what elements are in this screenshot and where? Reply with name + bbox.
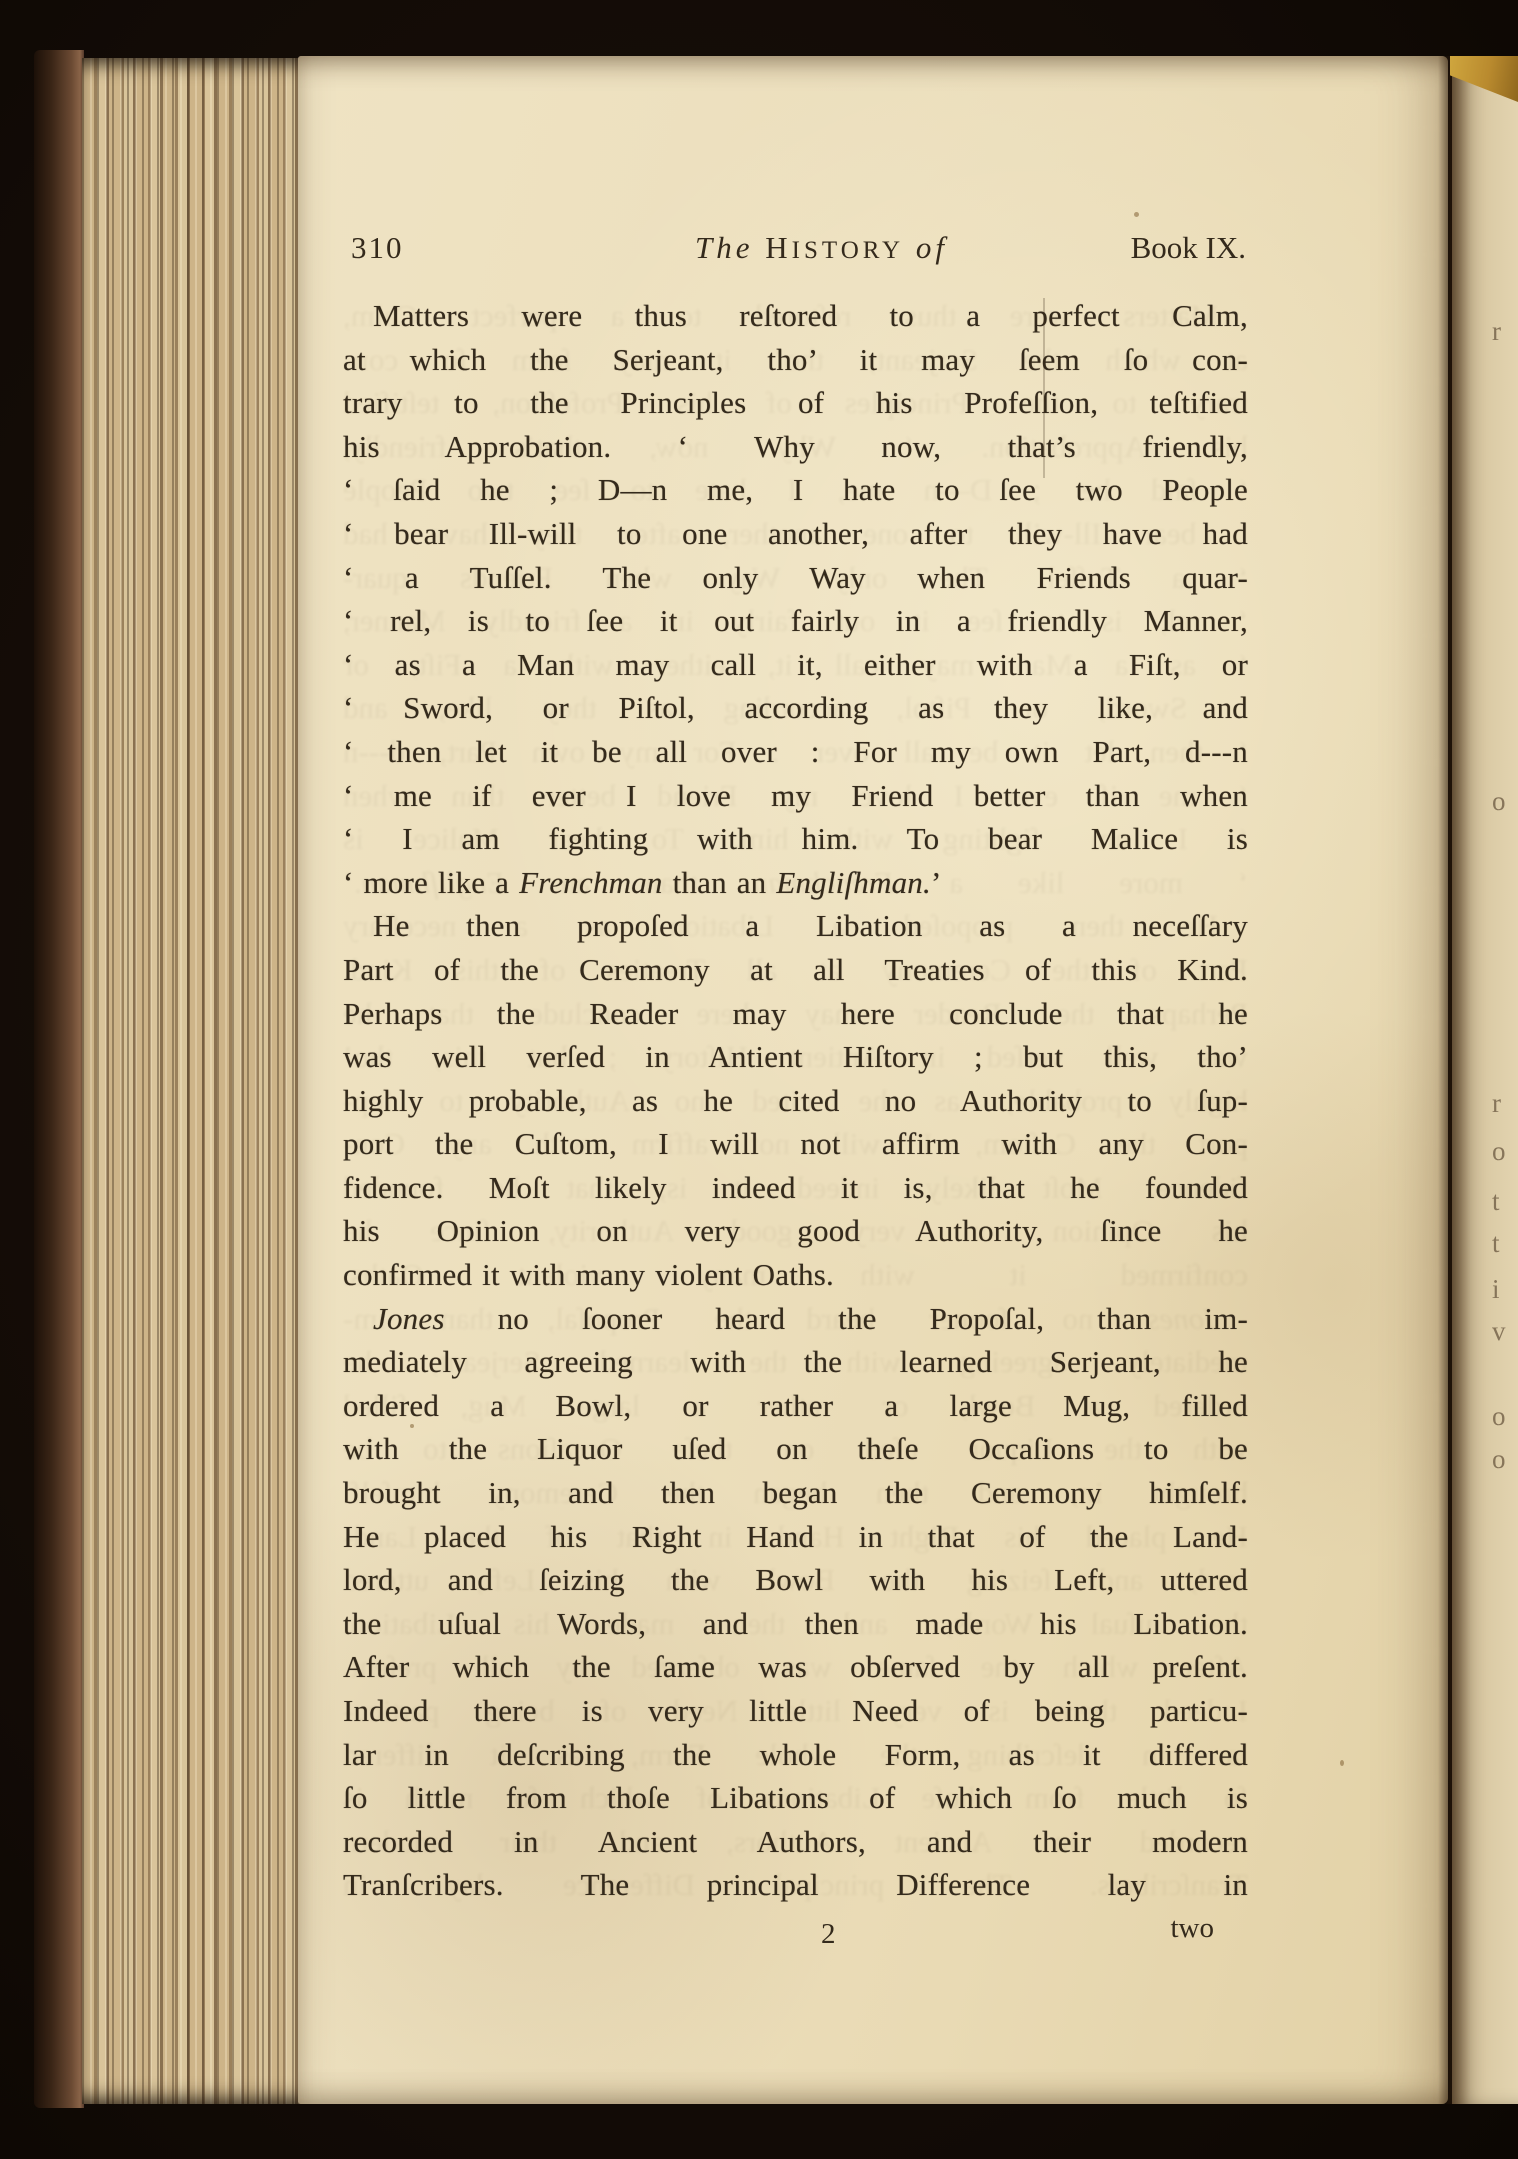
text-line: Part of the Ceremony at all Treaties of … [343,948,1248,992]
edge-text-fragment: o [1492,1403,1506,1430]
text-line: Jones no ſooner heard the Propoſal, than… [343,1297,1248,1341]
header-book-label: Book IX. [1131,230,1246,266]
signature-mark: 2 [821,1918,836,1951]
text-line: Matters were thus reſtored to a perfect … [343,294,1248,338]
scan-artifact-line [1043,298,1045,478]
edge-text-fragment: o [1492,788,1506,815]
text-line: ‘ ſaid he ; D—n me, I hate to ſee two Pe… [343,468,1248,512]
text-line: ‘ rel, is to ſee it out fairly in a frie… [343,599,1248,643]
text-line: ſo little from thoſe Libations of which … [343,1776,1248,1820]
edge-text-fragment: t [1492,1230,1500,1257]
text-line: his Opinion on very good Authority, ſinc… [343,1209,1248,1253]
text-line: Tranſcribers. The principal Difference l… [343,1863,1248,1907]
text-line: his Approbation. ‘ Why now, that’s frien… [343,425,1248,469]
text-line: ‘ Sword, or Piſtol, according as they li… [343,686,1248,730]
text-line: was well verſed in Antient Hiſtory ; but… [343,1035,1248,1079]
paper-speck [410,1424,414,1428]
text-line: mediately agreeing with the learned Serj… [343,1340,1248,1384]
text-line: brought in, and then began the Ceremony … [343,1471,1248,1515]
text-line: He then propoſed a Libation as a neceſſa… [343,904,1248,948]
paper-speck [1134,212,1139,217]
text-line: with the Liquor uſed on theſe Occaſions … [343,1427,1248,1471]
book-photo: 310 The HISTORY of Book IX. Matters were… [0,0,1518,2159]
paper-speck [1340,1760,1344,1766]
text-line: trary to the Principles of his Profeſſio… [343,381,1248,425]
running-header: 310 The HISTORY of Book IX. [343,230,1248,276]
body-text: Matters were thus reſtored to a perfect … [343,294,1248,1907]
text-line: ‘ a Tuſſel. The only Way when Friends qu… [343,556,1248,600]
text-line: ordered a Bowl, or rather a large Mug, f… [343,1384,1248,1428]
text-line: highly probable, as he cited no Authorit… [343,1079,1248,1123]
page-footer: 2 two [343,1912,1248,1958]
text-line: at which the Serjeant, tho’ it may ſeem … [343,338,1248,382]
text-line: He placed his Right Hand in that of the … [343,1515,1248,1559]
text-line: lord, and ſeizing the Bowl with his Left… [343,1558,1248,1602]
text-line: Indeed there is very little Need of bein… [343,1689,1248,1733]
edge-text-fragment: v [1492,1318,1506,1345]
text-line: lar in deſcribing the whole Form, as it … [343,1733,1248,1777]
facing-page-edge: rorottivoo [1452,56,1518,2104]
edge-text-fragment: t [1492,1188,1500,1215]
text-line: ‘ bear Ill-will to one another, after th… [343,512,1248,556]
edge-text-fragment: r [1492,1090,1501,1117]
text-line: confirmed it with many violent Oaths. [343,1253,1248,1297]
edge-text-fragment: o [1492,1446,1506,1473]
text-line: port the Cuſtom, I will not affirm with … [343,1122,1248,1166]
header-title: The HISTORY of [695,230,948,266]
book-spine-edge [34,50,84,2108]
catchword: two [1171,1912,1215,1945]
edge-text-fragment: i [1492,1276,1500,1303]
text-line: After which the ſame was obſerved by all… [343,1645,1248,1689]
text-line: the uſual Words, and then made his Libat… [343,1602,1248,1646]
page-number: 310 [351,230,404,266]
edge-text-fragment: o [1492,1138,1506,1165]
text-line: ‘ then let it be all over : For my own P… [343,730,1248,774]
text-line: ‘ as a Man may call it, either with a Fi… [343,643,1248,687]
text-line: ‘ me if ever I love my Friend better tha… [343,774,1248,818]
text-line: fidence. Moſt likely indeed it is, that … [343,1166,1248,1210]
text-line: Perhaps the Reader may here conclude tha… [343,992,1248,1036]
page-edge-stack [82,58,306,2104]
text-line: recorded in Ancient Authors, and their m… [343,1820,1248,1864]
book-page: 310 The HISTORY of Book IX. Matters were… [298,56,1448,2104]
text-line: ‘ I am fighting with him. To bear Malice… [343,817,1248,861]
text-line: ‘ more like a Frenchman than an Engliſhm… [343,861,1248,905]
edge-text-fragment: r [1492,318,1501,345]
